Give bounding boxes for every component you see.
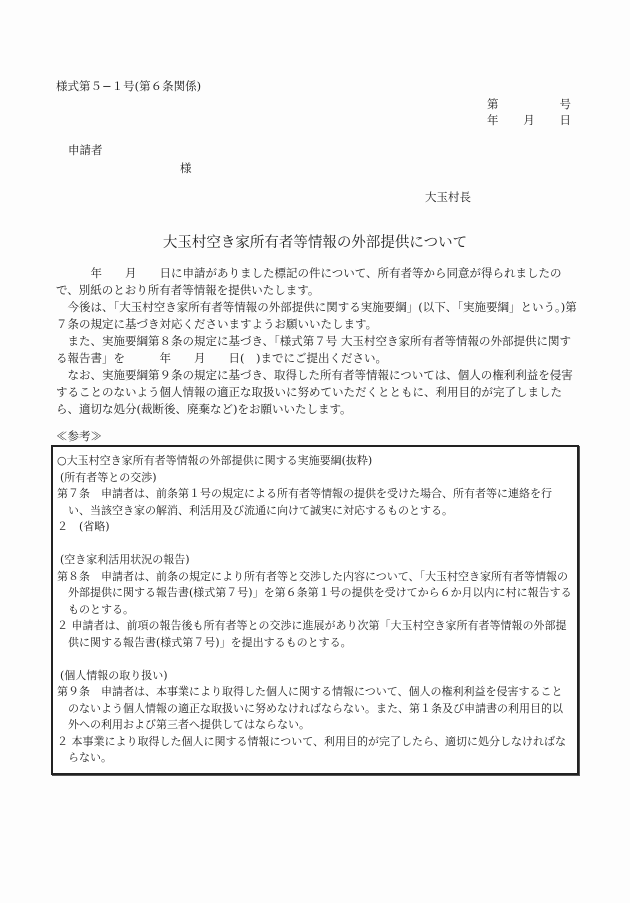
reference-heading: ○大玉村空き家所有者等情報の外部提供に関する実施要綱(抜粋) [57,453,573,470]
body-text: 年 月 日に申請がありました標記の件について、所有者等から同意が得られましたので… [56,265,578,418]
number-prefix: 第 [487,96,499,113]
article-9: 第９条 申請者は、本事業により取得した個人に関する情報について、個人の権利利益を… [57,684,573,734]
body-paragraph: また、実施要綱第８条の規定に基づき、「様式第７号 大玉村空き家所有者等情報の外部… [56,333,578,367]
document-date: 年 月 日 [487,112,571,129]
body-paragraph: なお、実施要綱第９条の規定に基づき、取得した所有者等情報については、個人の権利利… [56,367,578,418]
article-8: 第８条 申請者は、前条の規定により所有者等と交渉した内容について、「大玉村空き家… [57,569,573,619]
date-year: 年 [487,112,499,129]
document-number: 第 号 [487,96,571,113]
body-paragraph: 年 月 日に申請がありました標記の件について、所有者等から同意が得られましたので… [56,265,578,299]
date-day: 日 [560,112,572,129]
article-7-para-2: ２ (省略) [57,519,573,536]
applicant-label: 申請者 [68,142,103,159]
applicant-honorific: 様 [180,160,192,177]
sender-name: 大玉村長 [425,189,471,206]
body-paragraph: 今後は、「大玉村空き家所有者等情報の外部提供に関する実施要綱」(以下、「実施要綱… [56,299,578,333]
reference-content: ○大玉村空き家所有者等情報の外部提供に関する実施要綱(抜粋) (所有者等との交渉… [57,453,573,767]
section-caption: (空き家利活用状況の報告) [57,552,573,569]
number-suffix: 号 [560,96,572,113]
article-9-para-2: ２ 本事業により取得した個人に関する情報について、利用目的が完了したら、適切に処… [57,734,573,767]
section-caption: (個人情報の取り扱い) [57,668,573,685]
article-7: 第７条 申請者は、前条第１号の規定による所有者等情報の提供を受けた場合、所有者等… [57,486,573,519]
section-caption: (所有者等との交渉) [57,470,573,487]
article-8-para-2: ２ 申請者は、前項の報告後も所有者等との交渉に進展があり次第「大玉村空き家所有者… [57,618,573,651]
spacer [57,651,573,668]
form-number-label: 様式第５−１号(第６条関係) [56,78,201,95]
spacer [57,536,573,553]
reference-box: ○大玉村空き家所有者等情報の外部提供に関する実施要綱(抜粋) (所有者等との交渉… [51,445,579,775]
date-month: 月 [523,112,535,129]
reference-label: ≪参考≫ [56,428,102,445]
document-title: 大玉村空き家所有者等情報の外部提供について [0,233,630,253]
